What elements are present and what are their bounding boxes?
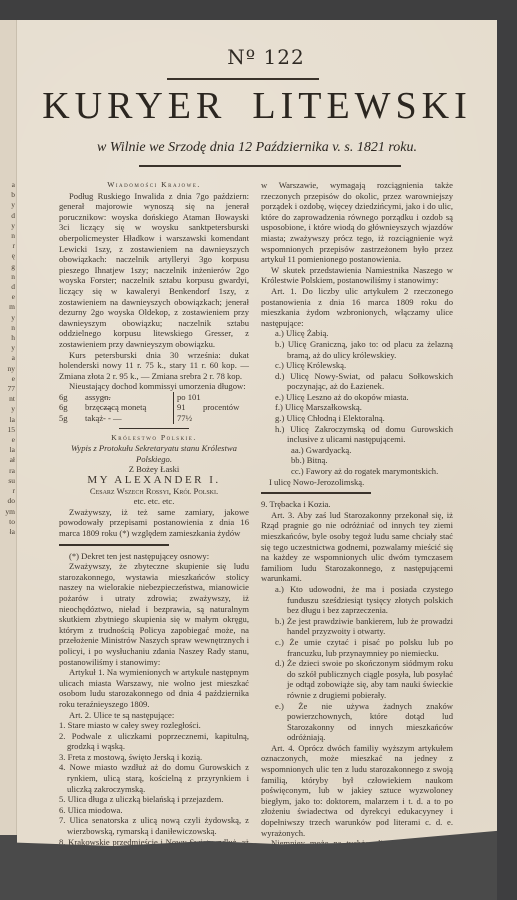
condition-item: c.) Że umie czytać i pisać po polsku lub…	[261, 637, 453, 658]
rates-suffix: procentów	[203, 402, 243, 413]
street-item: 1. Stare miasto w całey swey rozległości…	[59, 720, 249, 731]
article-4: Art. 4. Oprócz dwóch familiy wyższym art…	[261, 743, 453, 838]
street-item: f.) Ulicę Marszałkowską.	[261, 402, 453, 413]
street-item: b.) Ulicę Graniczną, jako to: od placu z…	[261, 339, 453, 360]
condition-item: e.) Że nie używa żadnych znaków powierzc…	[261, 701, 453, 743]
news-paragraph: Podług Ruskiego Inwalida z dnia 7go paźd…	[59, 191, 249, 350]
debt-intro: Nieustający dochod kommissyi umorzenia d…	[59, 381, 249, 392]
street-item: 6. Ulica miodowa.	[59, 805, 249, 816]
rate-dash: —	[103, 402, 173, 413]
rates-table: 6g assygn. - - po 101 6g brzęczącą monet…	[59, 392, 249, 424]
substreet-item: bb.) Bitną.	[261, 455, 453, 466]
street-item: c.) Ulicę Królewską.	[261, 360, 453, 371]
substreet-item: cc.) Fawory aż do rogatek marymontskich.	[261, 466, 453, 477]
condition-item: b.) Że jest prawdziwie bankierem, lub że…	[261, 616, 453, 637]
last-street: I ulicę Nowo-Jerozolimską.	[261, 477, 453, 488]
street-item: 5. Ulica długa z uliczką bielańską i prz…	[59, 794, 249, 805]
street-item: 7. Ulica senatorska z ulicą nową czyli ż…	[59, 815, 249, 836]
protocol-line: Wypis z Protokułu Sekretaryatu stanu Kró…	[59, 443, 249, 464]
street-item: 8. Krakowskie przedmieście i Nowy Swiat …	[59, 837, 249, 890]
condition-item: d.) Że dzieci swoie po skończonym siódmy…	[261, 658, 453, 700]
issue-number: Nº 122	[206, 45, 326, 69]
footnote-continuation: 9. Trębacka i Kozia.	[261, 499, 453, 510]
rate-value: 77½	[173, 413, 203, 424]
rate-pct: 6g	[59, 402, 85, 413]
footnote-article-2: Art. 2. Ulice te są następujące:	[59, 710, 249, 721]
rate-dash: - - —	[103, 413, 173, 424]
rate-blank	[203, 392, 243, 403]
rate-blank	[203, 413, 243, 424]
street-item: 4. Nowe miasto wzdłuż aż do domu Gurowsk…	[59, 762, 249, 794]
street-item: a.) Ulicę Żabią.	[261, 328, 453, 339]
divider-top	[167, 78, 319, 80]
divider-masthead	[139, 165, 401, 167]
masthead-word-1: KURYER	[42, 85, 226, 127]
issue-label: Nº	[227, 45, 256, 69]
rate-pct: 5g	[59, 413, 85, 424]
footnote-divider	[261, 492, 371, 494]
dateline: w Wilnie we Srzodę dnia 12 Października …	[17, 140, 497, 156]
previous-page-edge: a b y d y n r ę g n d e m y n h y a ny e…	[0, 20, 17, 835]
right-column: w Warszawie, wymagają rozciągnienia takż…	[261, 180, 453, 891]
left-column: Wiadomości Krajowe. Podług Ruskiego Inwa…	[59, 180, 249, 890]
decree-intro: Zważywszy, iż też same zamiary, jakowe p…	[59, 507, 249, 539]
viewer-right-margin	[497, 20, 517, 900]
street-item: d.) Ulicę Nowy-Swiat, od pałacu Sołkowsk…	[261, 371, 453, 392]
street-item: h.) Ulicę Zakroczymską od domu Gurowskic…	[261, 424, 453, 445]
substreet-item: aa.) Gwardyacką.	[261, 445, 453, 456]
street-item: g.) Ulicę Chłodną i Elektoralną.	[261, 413, 453, 424]
previous-page-text-fragments: a b y d y n r ę g n d e m y n h y a ny e…	[0, 20, 16, 537]
issue-value: 122	[264, 45, 305, 69]
resolution-paragraph: W skutek przedstawienia Namiestnika Nasz…	[261, 265, 453, 286]
street-item: 3. Freta z mostową, święto Jerską i kozi…	[59, 752, 249, 763]
masthead-word-2: LITEWSKI	[252, 85, 471, 127]
section-heading-kingdom: Królestwo Polskie.	[59, 433, 249, 444]
street-item: 2. Podwale z uliczkami poprzecznemi, kap…	[59, 731, 249, 752]
section-heading-domestic: Wiadomości Krajowe.	[59, 180, 249, 191]
article-1: Art. 1. Do liczby ulic artykułem 2 rzecz…	[261, 286, 453, 328]
newspaper-page: Nº 122 KURYERLITEWSKI w Wilnie we Srzodę…	[17, 20, 497, 856]
viewer-top-bar	[0, 0, 517, 20]
street-item: e.) Ulicę Leszno aż do okopów miasta.	[261, 392, 453, 403]
etc-line: etc. etc. etc.	[59, 496, 249, 507]
rate-label: assygn.	[85, 392, 103, 403]
masthead-title: KURYERLITEWSKI	[17, 84, 497, 128]
exchange-rate-paragraph: Kurs petersburski dnia 30 września: duka…	[59, 350, 249, 382]
article-4-continued: Niemniey może na tychże ulicach mieścić …	[261, 838, 453, 891]
divider	[119, 428, 189, 429]
rate-label: brzęczącą monetą	[85, 402, 103, 413]
rate-dash: - -	[103, 392, 173, 403]
footnote-divider	[59, 544, 169, 546]
monarch-titles: Cesarz Wszech Rossyi, Król Polski.	[59, 486, 249, 497]
footnote-body: Zważywszy, że zbyteczne skupienie się lu…	[59, 561, 249, 667]
rate-label: takąż	[85, 413, 103, 424]
monarch-name: MY ALEXANDER I.	[59, 475, 249, 486]
rate-value: 91	[173, 402, 203, 413]
continuation-paragraph: w Warszawie, wymagają rozciągnienia takż…	[261, 180, 453, 265]
footnote-intro: (*) Dekret ten jest następującey osnowy:	[59, 551, 249, 562]
footnote-article-1: Artykuł 1. Na wymienionych w artykule na…	[59, 667, 249, 709]
article-3: Art. 3. Aby zaś lud Starozakonny przekon…	[261, 510, 453, 584]
condition-item: a.) Kto udowodni, że ma i posiada czyste…	[261, 584, 453, 616]
rate-pct: 6g	[59, 392, 85, 403]
rate-value: po 101	[173, 392, 203, 403]
